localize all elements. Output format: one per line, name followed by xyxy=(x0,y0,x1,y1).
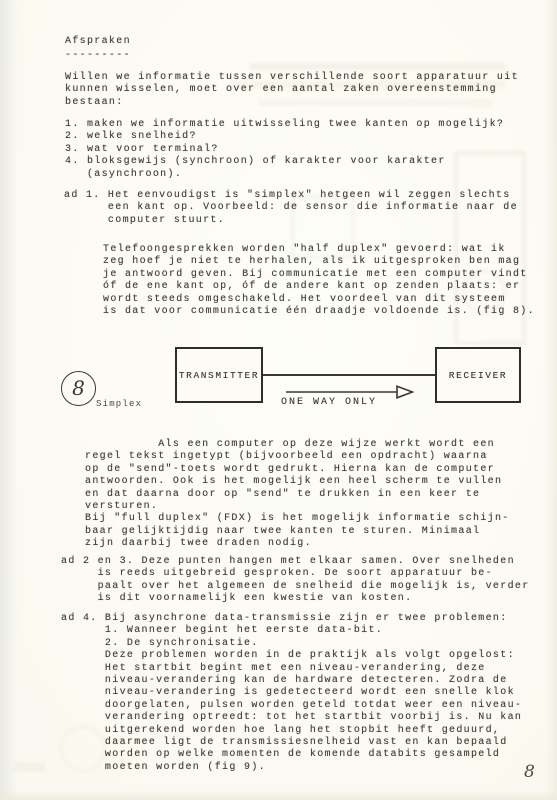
one-way-only-label: ONE WAY ONLY xyxy=(281,397,377,408)
receiver-label: RECEIVER xyxy=(449,370,507,381)
figure-caption: Simplex xyxy=(96,399,142,409)
figure-number: 8 xyxy=(72,376,85,400)
page-number: 8 xyxy=(524,762,535,782)
transmitter-box: TRANSMITTER xyxy=(175,347,263,403)
scanned-document-page: Afspraken --------- Willen we informatie… xyxy=(0,0,557,800)
receiver-box: RECEIVER xyxy=(435,347,521,403)
connection-wire-line xyxy=(263,374,435,376)
figure-simplex: 8 Simplex TRANSMITTER RECEIVER ONE WAY O… xyxy=(0,0,557,800)
transmitter-label: TRANSMITTER xyxy=(179,370,259,381)
figure-number-badge: 8 xyxy=(61,371,96,406)
